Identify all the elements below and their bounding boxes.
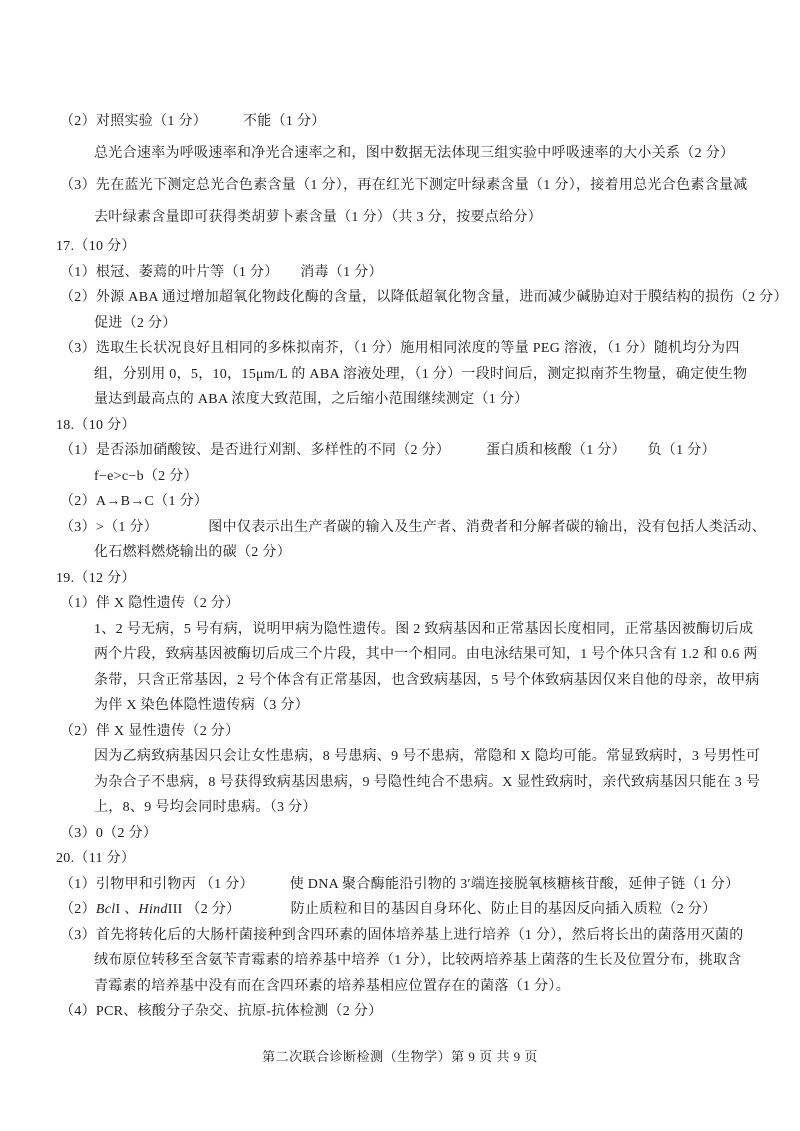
text-run: 条带，只含正常基因，2 号个体含有正常基因，也含致病基因，5 号个体致病基因仅来… xyxy=(94,673,760,688)
text-run: （3）0（2 分） xyxy=(60,826,157,841)
answer-line: （3）先在蓝光下测定总光合色素含量（1 分），再在红光下测定叶绿素含量（1 分）… xyxy=(0,170,800,202)
text-run: （2） xyxy=(60,902,96,917)
answer-line: （3）选取生长状况良好且相同的多株拟南芥，（1 分）施用相同浓度的等量 PEG … xyxy=(0,336,800,362)
answer-line: 上，8、9 号均会同时患病。（3 分） xyxy=(0,795,800,821)
answer-line: 20.（11 分） xyxy=(0,846,800,872)
text-run: 量达到最高点的 ABA 浓度大致范围，之后缩小范围继续测定（1 分） xyxy=(94,392,528,407)
answer-line: 两个片段，致病基因被酶切后成三个片段，其中一个相同。由电泳结果可知，1 号个体只… xyxy=(0,642,800,668)
text-run: 1、2 号无病，5 号有病，说明甲病为隐性遗传。图 2 致病基因和正常基因长度相… xyxy=(94,622,753,637)
answer-line: （2）伴 X 显性遗传（2 分） xyxy=(0,719,800,745)
text-run: 为伴 X 染色体隐性遗传病（3 分） xyxy=(94,698,309,713)
answer-line: 1、2 号无病，5 号有病，说明甲病为隐性遗传。图 2 致病基因和正常基因长度相… xyxy=(0,617,800,643)
answer-line: （2）A→B→C（1 分） xyxy=(0,489,800,515)
text-run: （1）引物甲和引物丙 （1 分） 使 DNA 聚合酶能沿引物的 3′端连接脱氧核… xyxy=(60,877,739,892)
text-run: 青霉素的培养基中没有而在含四环素的培养基相应位置存在的菌落（1 分）。 xyxy=(94,979,570,994)
answer-line: （1）引物甲和引物丙 （1 分） 使 DNA 聚合酶能沿引物的 3′端连接脱氧核… xyxy=(0,872,800,898)
answer-line: 19.（12 分） xyxy=(0,566,800,592)
answer-line: 去叶绿素含量即可获得类胡萝卜素含量（1 分）（共 3 分，按要点给分） xyxy=(0,202,800,234)
answer-line: 绒布原位转移至含氨苄青霉素的培养基中培养（1 分），比较两培养基上菌落的生长及位… xyxy=(0,948,800,974)
answer-line: 化石燃料燃烧输出的碳（2 分） xyxy=(0,540,800,566)
answer-line: 为伴 X 染色体隐性遗传病（3 分） xyxy=(0,693,800,719)
text-run: 两个片段，致病基因被酶切后成三个片段，其中一个相同。由电泳结果可知，1 号个体只… xyxy=(94,647,758,662)
answer-line: 条带，只含正常基因，2 号个体含有正常基因，也含致病基因，5 号个体致病基因仅来… xyxy=(0,668,800,694)
text-run: 促进（2 分） xyxy=(94,316,177,331)
answer-line: （1）根冠、萎蔫的叶片等（1 分） 消毒（1 分） xyxy=(0,260,800,286)
text-run: （1）是否添加硝酸铵、是否进行刈割、多样性的不同（2 分） 蛋白质和核酸（1 分… xyxy=(60,443,716,458)
enzyme-name: Bcl xyxy=(96,902,116,917)
section-q20: 20.（11 分）（1）引物甲和引物丙 （1 分） 使 DNA 聚合酶能沿引物的… xyxy=(0,846,800,1025)
text-run: 19.（12 分） xyxy=(56,571,136,586)
text-run: 去叶绿素含量即可获得类胡萝卜素含量（1 分）（共 3 分，按要点给分） xyxy=(94,210,542,225)
answer-line: 量达到最高点的 ABA 浓度大致范围，之后缩小范围继续测定（1 分） xyxy=(0,387,800,413)
answer-line: 促进（2 分） xyxy=(0,311,800,337)
section-q17: 17.（10 分）（1）根冠、萎蔫的叶片等（1 分） 消毒（1 分）（2）外源 … xyxy=(0,234,800,413)
text-run: 上，8、9 号均会同时患病。（3 分） xyxy=(94,800,317,815)
enzyme-name: Hind xyxy=(139,902,168,917)
section-q19: 19.（12 分）（1）伴 X 隐性遗传（2 分）1、2 号无病，5 号有病，说… xyxy=(0,566,800,847)
answer-line: （2）BclI 、HindIII （2 分） 防止质粒和目的基因自身环化、防止目… xyxy=(0,897,800,923)
answer-line: 为杂合子不患病，8 号获得致病基因患病，9 号隐性纯合不患病。X 显性致病时，亲… xyxy=(0,770,800,796)
text-run: I 、 xyxy=(115,902,138,917)
answer-line: 青霉素的培养基中没有而在含四环素的培养基相应位置存在的菌落（1 分）。 xyxy=(0,974,800,1000)
answer-line: （3）首先将转化后的大肠杆菌接种到含四环素的固体培养基上进行培养（1 分），然后… xyxy=(0,923,800,949)
footer-text: 第二次联合诊断检测（生物学）第 9 页 共 9 页 xyxy=(262,1049,538,1064)
text-run: （4）PCR、核酸分子杂交、抗原-抗体检测（2 分） xyxy=(60,1004,382,1019)
answer-line: （3）0（2 分） xyxy=(0,821,800,847)
answer-line: （2）对照实验（1 分） 不能（1 分） xyxy=(0,106,800,138)
text-run: 总光合速率为呼吸速率和净光合速率之和，图中数据无法体现三组实验中呼吸速率的大小关… xyxy=(94,146,734,161)
answer-line: 17.（10 分） xyxy=(0,234,800,260)
answer-line: （1）伴 X 隐性遗传（2 分） xyxy=(0,591,800,617)
text-run: （1）根冠、萎蔫的叶片等（1 分） 消毒（1 分） xyxy=(60,265,383,280)
text-run: 组，分别用 0，5，10，15μm/L 的 ABA 溶液处理，（1 分）一段时间… xyxy=(94,367,747,382)
page-footer: 第二次联合诊断检测（生物学）第 9 页 共 9 页 xyxy=(0,1046,800,1065)
text-run: 17.（10 分） xyxy=(56,239,136,254)
text-run: 绒布原位转移至含氨苄青霉素的培养基中培养（1 分），比较两培养基上菌落的生长及位… xyxy=(94,953,742,968)
answer-line: 组，分别用 0，5，10，15μm/L 的 ABA 溶液处理，（1 分）一段时间… xyxy=(0,362,800,388)
answer-line: （1）是否添加硝酸铵、是否进行刈割、多样性的不同（2 分） 蛋白质和核酸（1 分… xyxy=(0,438,800,464)
answer-line: （2）外源 ABA 通过增加超氧化物歧化酶的含量，以降低超氧化物含量，进而减少碱… xyxy=(0,285,800,311)
answer-line: 总光合速率为呼吸速率和净光合速率之和，图中数据无法体现三组实验中呼吸速率的大小关… xyxy=(0,138,800,170)
text-run: （3）选取生长状况良好且相同的多株拟南芥，（1 分）施用相同浓度的等量 PEG … xyxy=(60,341,740,356)
answer-line: （4）PCR、核酸分子杂交、抗原-抗体检测（2 分） xyxy=(0,999,800,1025)
text-run: 化石燃料燃烧输出的碳（2 分） xyxy=(94,545,291,560)
answer-line: （3）>（1 分） 图中仅表示出生产者碳的输入及生产者、消费者和分解者碳的输出，… xyxy=(0,515,800,541)
text-run: （2）A→B→C（1 分） xyxy=(60,494,208,509)
answer-line: f−e>c−b（2 分） xyxy=(0,464,800,490)
text-run: （2）对照实验（1 分） 不能（1 分） xyxy=(60,114,326,129)
text-run: （1）伴 X 隐性遗传（2 分） xyxy=(60,596,239,611)
answer-sheet-page: （2）对照实验（1 分） 不能（1 分）总光合速率为呼吸速率和净光合速率之和，图… xyxy=(0,0,800,1131)
text-run: 为杂合子不患病，8 号获得致病基因患病，9 号隐性纯合不患病。X 显性致病时，亲… xyxy=(94,775,760,790)
text-run: III （2 分） 防止质粒和目的基因自身环化、防止目的基因反向插入质粒（2 分… xyxy=(168,902,717,917)
section-q18: 18.（10 分）（1）是否添加硝酸铵、是否进行刈割、多样性的不同（2 分） 蛋… xyxy=(0,413,800,566)
section-q16-continued: （2）对照实验（1 分） 不能（1 分）总光合速率为呼吸速率和净光合速率之和，图… xyxy=(0,106,800,234)
text-run: 18.（10 分） xyxy=(56,418,136,433)
text-run: （2）伴 X 显性遗传（2 分） xyxy=(60,724,239,739)
answer-line: 因为乙病致病基因只会让女性患病，8 号患病、9 号不患病，常隐和 X 隐均可能。… xyxy=(0,744,800,770)
answer-line: 18.（10 分） xyxy=(0,413,800,439)
text-run: （3）>（1 分） 图中仅表示出生产者碳的输入及生产者、消费者和分解者碳的输出，… xyxy=(60,520,766,535)
answers-content: （2）对照实验（1 分） 不能（1 分）总光合速率为呼吸速率和净光合速率之和，图… xyxy=(0,106,800,1025)
text-run: 20.（11 分） xyxy=(56,851,135,866)
text-run: （3）首先将转化后的大肠杆菌接种到含四环素的固体培养基上进行培养（1 分），然后… xyxy=(60,928,744,943)
text-run: （2）外源 ABA 通过增加超氧化物歧化酶的含量，以降低超氧化物含量，进而减少碱… xyxy=(60,290,788,305)
text-run: （3）先在蓝光下测定总光合色素含量（1 分），再在红光下测定叶绿素含量（1 分）… xyxy=(60,178,748,193)
text-run: 因为乙病致病基因只会让女性患病，8 号患病、9 号不患病，常隐和 X 隐均可能。… xyxy=(94,749,760,764)
text-run: f−e>c−b（2 分） xyxy=(94,469,198,484)
